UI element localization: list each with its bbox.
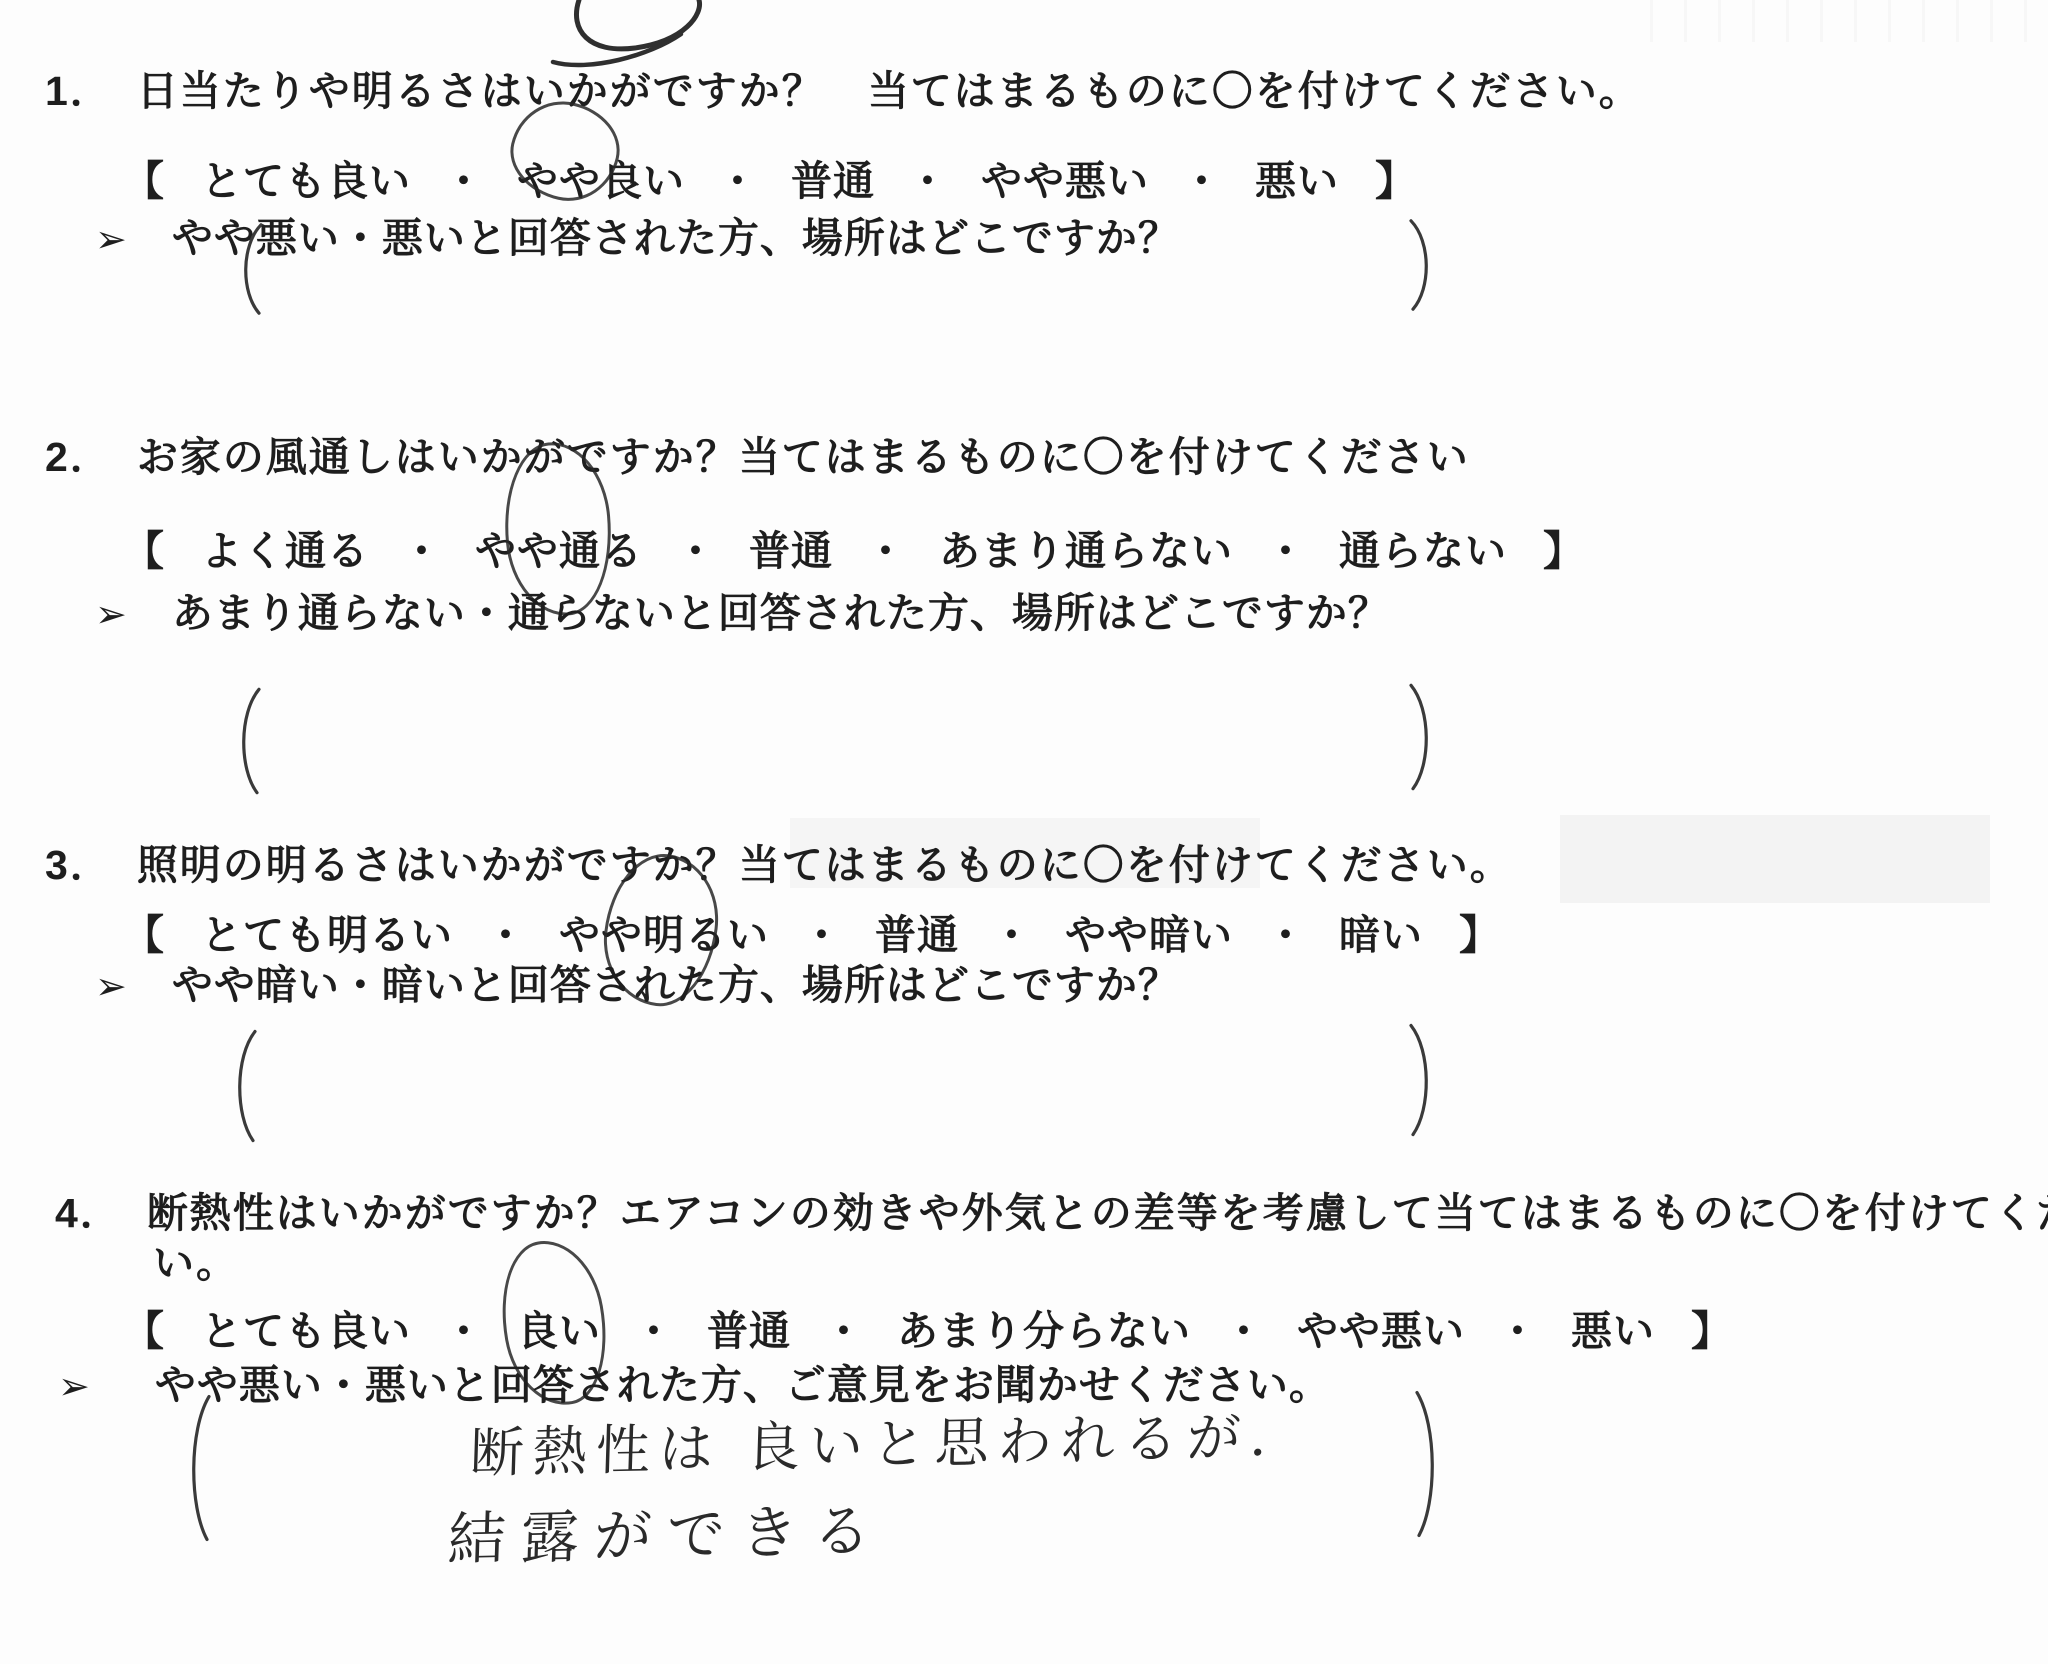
q1-option-totemo-yoi: とても良い xyxy=(201,148,411,207)
dot-separator: ・ xyxy=(443,158,485,204)
q4-option-amari-wakaranai: あまり分らない xyxy=(897,1298,1191,1357)
bracket-close: 】 xyxy=(1691,1308,1733,1354)
bracket-close: 】 xyxy=(1459,912,1501,958)
q1-option-yaya-warui: やや悪い xyxy=(981,148,1149,207)
answer-box-2-paren-left xyxy=(226,686,268,796)
answer-box-4-paren-right xyxy=(1408,1388,1450,1540)
bracket-open: 【 xyxy=(123,528,165,574)
q4-option-yaya-warui: やや悪い xyxy=(1297,1298,1465,1357)
answer-box-4-paren-left xyxy=(176,1392,218,1544)
answer-box-2-paren-right xyxy=(1402,682,1444,792)
question-4-text: 断熱性はいかがですか？エアコンの効きや外気との差等を考慮して当てはまるものに〇を… xyxy=(147,1190,2048,1286)
dot-separator: ・ xyxy=(1181,158,1223,204)
question-2-title: 2．お家の風通しはいかがですか？当てはまるものに〇を付けてください xyxy=(45,424,1470,483)
answer-box-1-paren-right xyxy=(1402,218,1444,312)
question-2-followup-text: あまり通らない・通らないと回答された方、場所はどこですか？ xyxy=(172,590,1390,636)
bracket-open: 【 xyxy=(123,158,165,204)
question-1-followup-text: やや悪い・悪いと回答された方、場所はどこですか？ xyxy=(172,215,1180,261)
q4-option-yoi-label: 良い xyxy=(517,1308,601,1354)
question-2-followup: ➢あまり通らない・通らないと回答された方、場所はどこですか？ xyxy=(95,580,1390,639)
dot-separator: ・ xyxy=(1497,1308,1539,1354)
q3-option-kurai: 暗い xyxy=(1339,902,1423,961)
question-3-followup: ➢やや暗い・暗いと回答された方、場所はどこですか？ xyxy=(95,952,1180,1011)
dot-separator: ・ xyxy=(1265,528,1307,574)
question-1-options: 【とても良い・やや良い・普通・やや悪い・悪い】 xyxy=(123,148,1417,207)
q2-option-futsuu: 普通 xyxy=(749,518,833,577)
q4-option-warui: 悪い xyxy=(1571,1298,1655,1357)
handwritten-answer-line-2: 結露ができる xyxy=(447,1483,888,1576)
dot-separator: ・ xyxy=(907,158,949,204)
q1-option-yaya-yoi-circled: やや良い xyxy=(517,148,685,207)
question-2-number: 2． xyxy=(45,434,113,480)
answer-box-1-paren-left xyxy=(228,222,270,316)
handwritten-answer-line-1: 断熱性は 良いと思われるが． xyxy=(469,1393,1314,1488)
scan-artifact xyxy=(1650,0,2040,42)
arrow-icon: ➢ xyxy=(58,1366,91,1408)
q4-option-yoi-circled: 良い xyxy=(517,1298,601,1357)
scanned-questionnaire-page: 1．日当たりや明るさはいかがですか？ 当てはまるものに〇を付けてください。 【と… xyxy=(0,0,2048,1664)
q1-option-futsuu: 普通 xyxy=(791,148,875,207)
q2-option-yaya-tooru-label: やや通る xyxy=(475,528,643,574)
answer-box-3-paren-right xyxy=(1402,1022,1444,1138)
question-2-options: 【よく通る・やや通る・普通・あまり通らない・通らない】 xyxy=(123,518,1585,577)
arrow-icon: ➢ xyxy=(95,594,128,636)
arrow-icon: ➢ xyxy=(95,966,128,1008)
q2-option-amari-tooranai: あまり通らない xyxy=(939,518,1233,577)
scan-artifact xyxy=(1560,815,1990,903)
q4-option-futsuu: 普通 xyxy=(707,1298,791,1357)
question-3-number: 3． xyxy=(45,842,113,888)
bracket-close: 】 xyxy=(1375,158,1417,204)
question-3-followup-text: やや暗い・暗いと回答された方、場所はどこですか？ xyxy=(172,962,1180,1008)
question-3-text: 照明の明るさはいかがですか？当てはまるものに〇を付けてください。 xyxy=(137,842,1513,888)
dot-separator: ・ xyxy=(675,528,717,574)
dot-separator: ・ xyxy=(717,158,759,204)
answer-box-3-paren-left xyxy=(222,1028,264,1144)
q4-option-totemo-yoi: とても良い xyxy=(201,1298,411,1357)
dot-separator: ・ xyxy=(1223,1308,1265,1354)
question-4-title: 4．断熱性はいかがですか？エアコンの効きや外気との差等を考慮して当てはまるものに… xyxy=(55,1188,2048,1288)
question-2-text: お家の風通しはいかがですか？当てはまるものに〇を付けてください xyxy=(137,434,1470,480)
bracket-open: 【 xyxy=(123,1308,165,1354)
dot-separator: ・ xyxy=(633,1308,675,1354)
question-4-number: 4． xyxy=(55,1190,123,1236)
question-1-text: 日当たりや明るさはいかがですか？ 当てはまるものに〇を付けてください。 xyxy=(137,68,1642,114)
question-3-title: 3．照明の明るさはいかがですか？当てはまるものに〇を付けてください。 xyxy=(45,832,1513,891)
arrow-icon: ➢ xyxy=(95,219,128,261)
dot-separator: ・ xyxy=(865,528,907,574)
bracket-close: 】 xyxy=(1543,528,1585,574)
q1-option-warui: 悪い xyxy=(1255,148,1339,207)
question-1-title: 1．日当たりや明るさはいかがですか？ 当てはまるものに〇を付けてください。 xyxy=(45,58,1642,117)
dot-separator: ・ xyxy=(823,1308,865,1354)
q2-option-yaya-tooru-circled: やや通る xyxy=(475,518,643,577)
q1-option-yaya-yoi-label: やや良い xyxy=(517,158,685,204)
question-4-options: 【とても良い・良い・普通・あまり分らない・やや悪い・悪い】 xyxy=(123,1298,1733,1357)
dot-separator: ・ xyxy=(1265,912,1307,958)
dot-separator: ・ xyxy=(401,528,443,574)
q2-option-tooranai: 通らない xyxy=(1339,518,1507,577)
q2-option-yoku-tooru: よく通る xyxy=(201,518,369,577)
question-1-number: 1． xyxy=(45,68,113,114)
dot-separator: ・ xyxy=(443,1308,485,1354)
